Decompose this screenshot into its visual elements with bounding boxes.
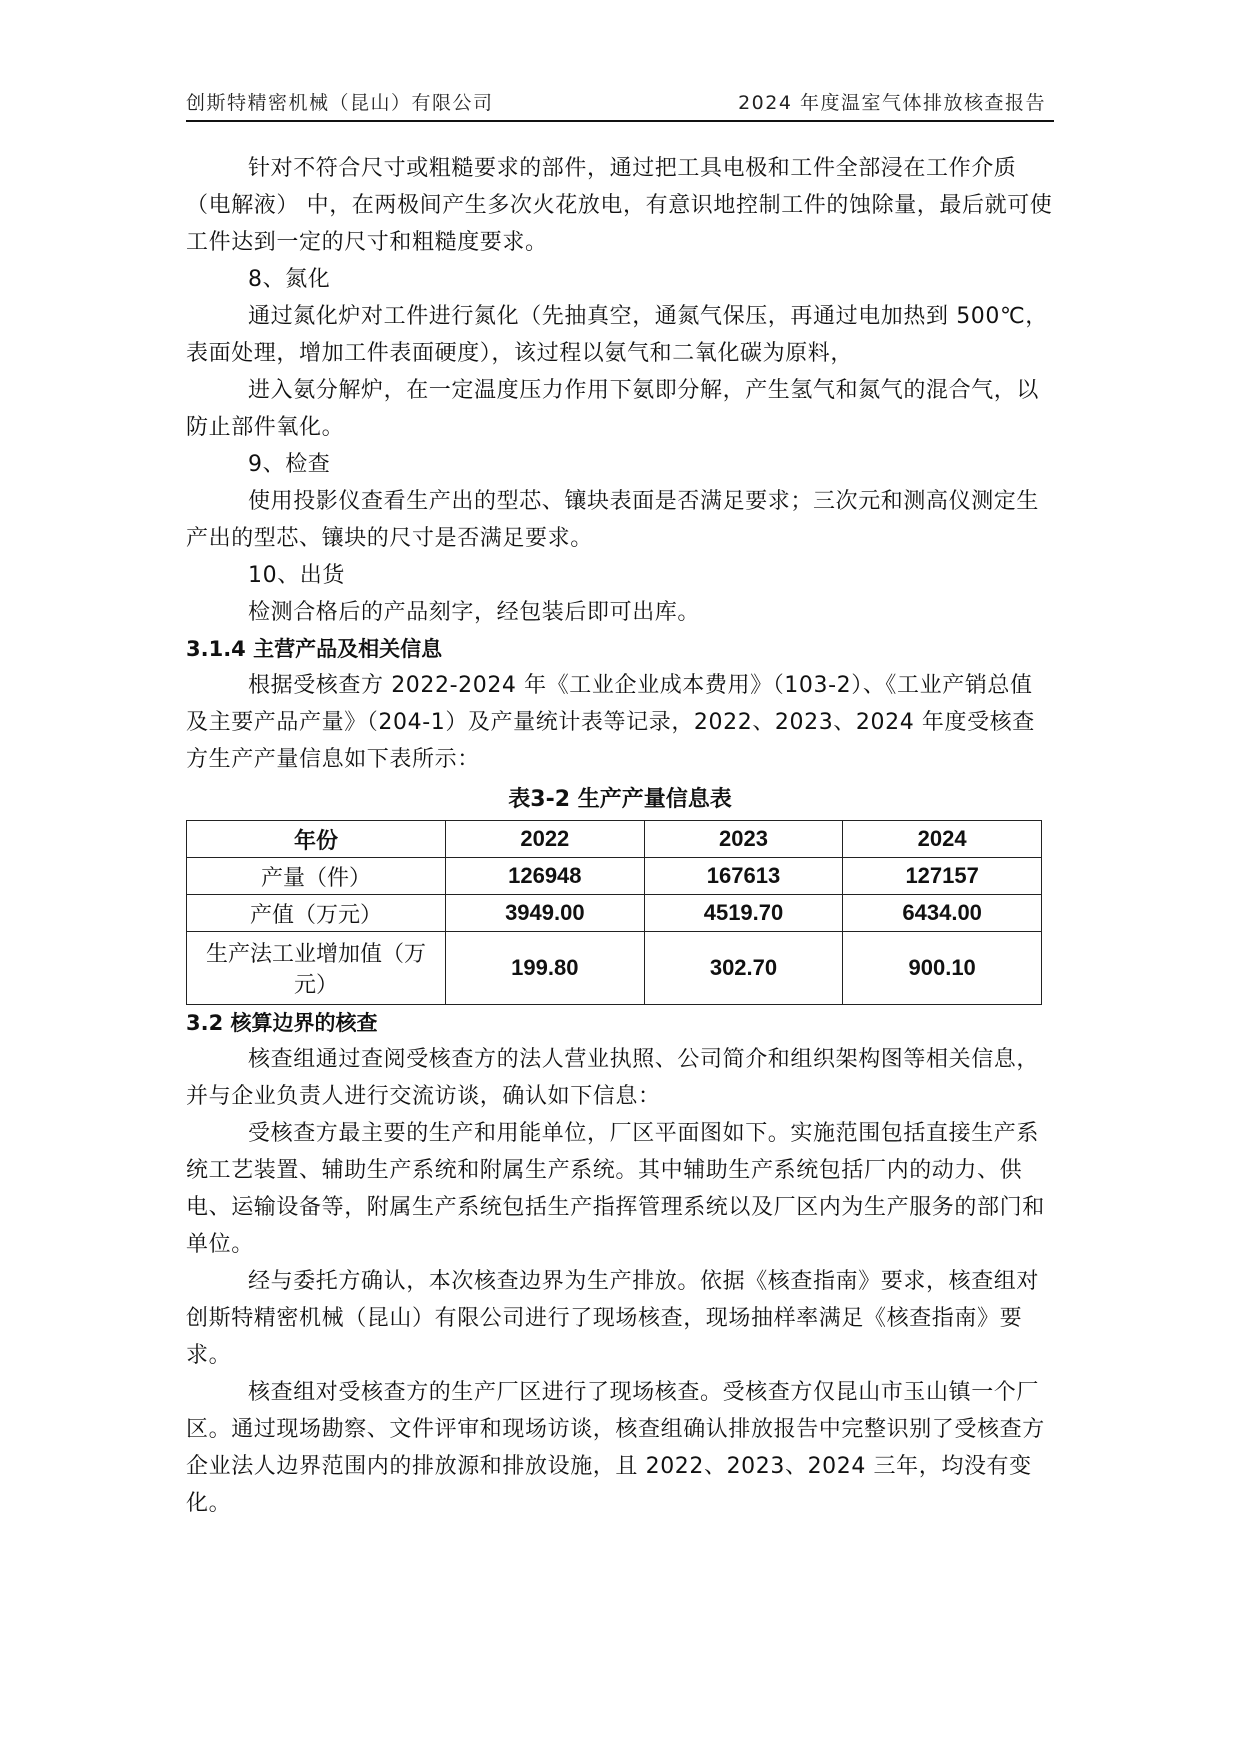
step-heading-inspection: 9、检查 [186, 446, 1054, 483]
table-row: 产量（件） 126948 167613 127157 [187, 858, 1042, 895]
table-header-cell: 2022 [446, 821, 645, 858]
table-cell: 199.80 [446, 932, 645, 1005]
table-cell: 126948 [446, 858, 645, 895]
paragraph-boundary-3: 经与委托方确认，本次核查边界为生产排放。依据《核查指南》要求，核查组对创斯特精密… [186, 1263, 1054, 1374]
table-cell: 127157 [843, 858, 1042, 895]
table-header-row: 年份 2022 2023 2024 [187, 821, 1042, 858]
section-heading-3-1-4: 3.1.4 主营产品及相关信息 [186, 631, 1054, 667]
paragraph-boundary-2: 受核查方最主要的生产和用能单位，厂区平面图如下。实施范围包括直接生产系统工艺装置… [186, 1115, 1054, 1263]
table-row: 产值（万元） 3949.00 4519.70 6434.00 [187, 895, 1042, 932]
paragraph-shipping: 检测合格后的产品刻字，经包装后即可出库。 [186, 594, 1054, 631]
page-header: 创斯特精密机械（昆山）有限公司 2024 年度温室气体排放核查报告 [186, 88, 1054, 122]
paragraph-edm: 针对不符合尺寸或粗糙要求的部件，通过把工具电极和工件全部浸在工作介质（电解液） … [186, 150, 1054, 261]
table-cell: 302.70 [644, 932, 843, 1005]
table-cell: 900.10 [843, 932, 1042, 1005]
table-header-cell: 2024 [843, 821, 1042, 858]
paragraph-nitriding-1: 通过氮化炉对工件进行氮化（先抽真空，通氮气保压，再通过电加热到 500℃，表面处… [186, 298, 1054, 372]
table-header-cell: 年份 [187, 821, 446, 858]
paragraph-boundary-4: 核查组对受核查方的生产厂区进行了现场核查。受核查方仅昆山市玉山镇一个厂区。通过现… [186, 1374, 1054, 1522]
table-cell: 4519.70 [644, 895, 843, 932]
production-table: 年份 2022 2023 2024 产量（件） 126948 167613 12… [186, 820, 1042, 1005]
section-heading-3-2: 3.2 核算边界的核查 [186, 1005, 1054, 1041]
table-cell: 3949.00 [446, 895, 645, 932]
table-header-cell: 2023 [644, 821, 843, 858]
table-cell: 6434.00 [843, 895, 1042, 932]
header-company: 创斯特精密机械（昆山）有限公司 [186, 88, 494, 115]
table-row-label: 产值（万元） [187, 895, 446, 932]
table-cell: 167613 [644, 858, 843, 895]
page-content: 针对不符合尺寸或粗糙要求的部件，通过把工具电极和工件全部浸在工作介质（电解液） … [186, 150, 1054, 1522]
paragraph-nitriding-2: 进入氨分解炉，在一定温度压力作用下氨即分解，产生氢气和氮气的混合气，以防止部件氧… [186, 372, 1054, 446]
paragraph-products: 根据受核查方 2022-2024 年《工业企业成本费用》（103-2）、《工业产… [186, 667, 1054, 778]
table-caption: 表3-2 生产产量信息表 [186, 782, 1054, 818]
table-row-label: 产量（件） [187, 858, 446, 895]
paragraph-boundary-1: 核查组通过查阅受核查方的法人营业执照、公司简介和组织架构图等相关信息，并与企业负… [186, 1041, 1054, 1115]
header-report-title: 2024 年度温室气体排放核查报告 [738, 88, 1046, 115]
table-row: 生产法工业增加值（万元） 199.80 302.70 900.10 [187, 932, 1042, 1005]
paragraph-inspection: 使用投影仪查看生产出的型芯、镶块表面是否满足要求；三次元和测高仪测定生产出的型芯… [186, 483, 1054, 557]
step-heading-shipping: 10、出货 [186, 557, 1054, 594]
table-row-label: 生产法工业增加值（万元） [187, 932, 446, 1005]
step-heading-nitriding: 8、氮化 [186, 261, 1054, 298]
